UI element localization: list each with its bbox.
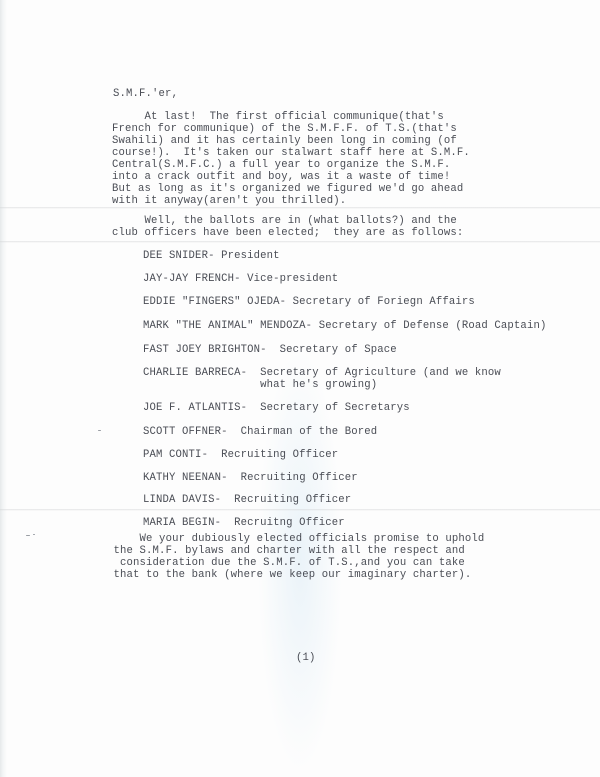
officer-entry: PAM CONTI- Recruiting Officer (143, 449, 338, 461)
officer-name: JAY-JAY FRENCH- (143, 273, 241, 285)
page-number: (1) (296, 652, 316, 664)
officer-entry: JOE F. ATLANTIS- Secretary of Secretarys (143, 402, 410, 414)
closing-paragraph: We your dubiously elected officials prom… (107, 533, 484, 581)
officer-entry: DEE SNIDER- President (143, 250, 280, 262)
officer-entry: EDDIE "FINGERS" OJEDA- Secretary of Fori… (143, 296, 475, 308)
officer-entry: LINDA DAVIS- Recruiting Officer (143, 494, 351, 506)
officer-name: PAM CONTI- (143, 449, 208, 461)
officer-title: Secretary of Defense (Road Captain) (312, 320, 546, 332)
officer-entry: FAST JOEY BRIGHTON- Secretary of Space (143, 344, 397, 356)
paper-fold-line (0, 509, 600, 511)
officer-name: EDDIE "FINGERS" OJEDA- (143, 296, 286, 308)
officer-title: President (215, 250, 280, 262)
officer-title: Vice-president (241, 273, 339, 285)
officer-title: Recruiting Officer (228, 472, 358, 484)
officer-name: FAST JOEY BRIGHTON- (143, 344, 267, 356)
officer-entry: JAY-JAY FRENCH- Vice-president (143, 273, 338, 285)
officer-entry: MARK "THE ANIMAL" MENDOZA- Secretary of … (143, 320, 546, 332)
paper-speck (26, 535, 30, 536)
officer-name: CHARLIE BARRECA- (143, 367, 247, 379)
paper-speck (98, 430, 101, 431)
officer-title: Secretary of Space (267, 344, 397, 356)
paper-speck (33, 534, 35, 535)
officer-title: Secretary of Secretarys (247, 402, 410, 414)
officer-name: KATHY NEENAN- (143, 472, 228, 484)
officer-entry: KATHY NEENAN- Recruiting Officer (143, 472, 358, 484)
officer-title: Secretary of Foriegn Affairs (286, 296, 475, 308)
ballots-paragraph: Well, the ballots are in (what ballots?)… (112, 215, 463, 239)
officer-title: Recruiting Officer (208, 449, 338, 461)
paper-fold-line (0, 241, 600, 243)
officer-name: SCOTT OFFNER- (143, 426, 228, 438)
officer-title: Chairman of the Bored (228, 426, 378, 438)
officer-name: MARK "THE ANIMAL" MENDOZA- (143, 320, 312, 332)
officer-title: Recruiting Officer (221, 494, 351, 506)
intro-paragraph: At last! The first official communique(t… (112, 111, 470, 207)
officer-title: Recruitng Officer (221, 517, 345, 529)
officer-name: MARIA BEGIN- (143, 517, 221, 529)
officer-entry: SCOTT OFFNER- Chairman of the Bored (143, 426, 377, 438)
salutation: S.M.F.'er, (113, 88, 178, 100)
scanned-letter-page: S.M.F.'er, At last! The first official c… (0, 0, 600, 777)
officer-entry: MARIA BEGIN- Recruitng Officer (143, 517, 345, 529)
officer-entry: CHARLIE BARRECA- Secretary of Agricultur… (143, 367, 501, 391)
officer-name: JOE F. ATLANTIS- (143, 402, 247, 414)
paper-fold-line (0, 207, 600, 209)
officer-name: LINDA DAVIS- (143, 494, 221, 506)
officer-name: DEE SNIDER- (143, 250, 215, 262)
